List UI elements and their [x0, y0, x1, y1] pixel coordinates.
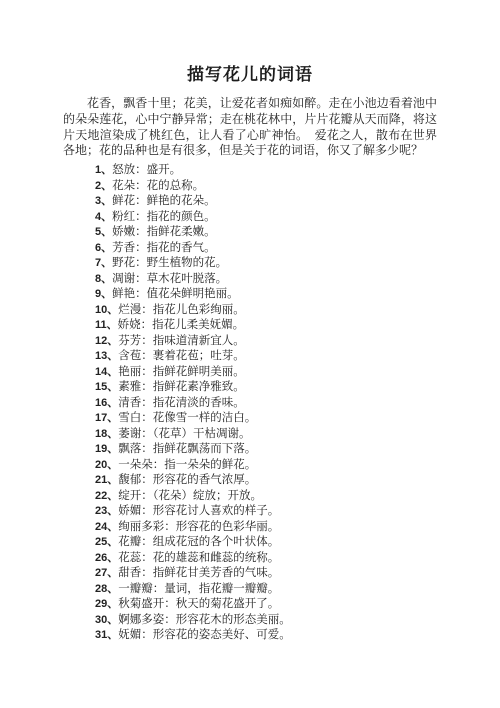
item-text: 烂漫：指花儿色彩绚丽。 — [118, 304, 245, 316]
document-page: 描写花儿的词语 花香，飘香十里；花美，让爱花者如痴如醉。走在小池边看着池中的朵朵… — [0, 0, 500, 708]
list-item: 12、芬芳：指味道清新宜人。 — [95, 334, 440, 350]
item-text: 娇媚：形容花讨人喜欢的样子。 — [118, 505, 279, 517]
list-item: 17、雪白：花像雪一样的洁白。 — [95, 411, 440, 427]
list-item: 18、萎谢：（花草）干枯凋谢。 — [95, 427, 440, 443]
item-number: 9、 — [95, 288, 112, 300]
item-text: 怒放：盛开。 — [112, 164, 181, 176]
list-item: 5、娇嫩：指鲜花柔嫩。 — [95, 225, 440, 241]
list-item: 21、馥郁：形容花的香气浓厚。 — [95, 473, 440, 489]
list-item: 19、飘落：指鲜花飘荡而下落。 — [95, 442, 440, 458]
list-item: 2、花朵：花的总称。 — [95, 179, 440, 195]
list-item: 26、花蕊：花的雄蕊和雌蕊的统称。 — [95, 551, 440, 567]
item-number: 12、 — [95, 335, 118, 347]
item-text: 花蕊：花的雄蕊和雌蕊的统称。 — [118, 552, 279, 564]
item-text: 含苞：裹着花苞；吐芽。 — [118, 350, 245, 362]
list-item: 23、娇媚：形容花讨人喜欢的样子。 — [95, 504, 440, 520]
item-number: 7、 — [95, 257, 112, 269]
item-text: 鲜艳：值花朵鲜明艳丽。 — [112, 288, 239, 300]
item-number: 15、 — [95, 381, 118, 393]
list-item: 1、怒放：盛开。 — [95, 163, 440, 179]
item-text: 花朵：花的总称。 — [112, 180, 204, 192]
item-number: 23、 — [95, 505, 118, 517]
item-number: 16、 — [95, 397, 118, 409]
item-text: 飘落：指鲜花飘荡而下落。 — [118, 443, 256, 455]
list-item: 31、妩媚：形容花的姿态美好、可爱。 — [95, 628, 440, 644]
item-number: 1、 — [95, 164, 112, 176]
item-number: 30、 — [95, 614, 118, 626]
item-text: 妩媚：形容花的姿态美好、可爱。 — [118, 629, 291, 641]
item-text: 婀娜多姿：形容花木的形态美丽。 — [118, 614, 291, 626]
item-number: 24、 — [95, 521, 118, 533]
item-text: 芬芳：指味道清新宜人。 — [118, 335, 245, 347]
item-number: 19、 — [95, 443, 118, 455]
item-number: 20、 — [95, 459, 118, 471]
item-text: 绚丽多彩：形容花的色彩华丽。 — [118, 521, 279, 533]
item-number: 18、 — [95, 428, 118, 440]
list-item: 15、素雅：指鲜花素净雅致。 — [95, 380, 440, 396]
item-text: 清香：指花清淡的香味。 — [118, 397, 245, 409]
item-number: 31、 — [95, 629, 118, 641]
item-text: 粉红：指花的颜色。 — [112, 211, 216, 223]
item-text: 雪白：花像雪一样的洁白。 — [118, 412, 256, 424]
list-item: 3、鲜花：鲜艳的花朵。 — [95, 194, 440, 210]
item-number: 4、 — [95, 211, 112, 223]
list-item: 8、凋谢：草木花叶脱落。 — [95, 272, 440, 288]
intro-paragraph: 花香，飘香十里；花美，让爱花者如痴如醉。走在小池边看着池中的朵朵莲花，心中宁静异… — [63, 96, 437, 159]
item-number: 8、 — [95, 273, 112, 285]
item-text: 秋菊盛开：秋天的菊花盛开了。 — [118, 598, 279, 610]
list-item: 13、含苞：裹着花苞；吐芽。 — [95, 349, 440, 365]
item-number: 27、 — [95, 567, 118, 579]
item-number: 25、 — [95, 536, 118, 548]
item-text: 芳香：指花的香气。 — [112, 242, 216, 254]
list-item: 10、烂漫：指花儿色彩绚丽。 — [95, 303, 440, 319]
item-number: 29、 — [95, 598, 118, 610]
item-text: 娇嫩：指鲜花柔嫩。 — [112, 226, 216, 238]
list-item: 16、清香：指花清淡的香味。 — [95, 396, 440, 412]
item-text: 娇娆：指花儿柔美妩媚。 — [118, 319, 245, 331]
item-text: 花瓣：组成花冠的各个叶状体。 — [118, 536, 279, 548]
item-text: 凋谢：草木花叶脱落。 — [112, 273, 227, 285]
list-item: 7、野花：野生植物的花。 — [95, 256, 440, 272]
list-item: 9、鲜艳：值花朵鲜明艳丽。 — [95, 287, 440, 303]
item-text: 一朵朵：指一朵朵的鲜花。 — [118, 459, 256, 471]
item-text: 一瓣瓣：量词，指花瓣一瓣瓣。 — [118, 583, 279, 595]
item-text: 萎谢：（花草）干枯凋谢。 — [118, 428, 250, 440]
item-text: 野花：野生植物的花。 — [112, 257, 227, 269]
item-number: 14、 — [95, 366, 118, 378]
item-number: 21、 — [95, 474, 118, 486]
item-text: 甜香：指鲜花甘美芳香的气味。 — [118, 567, 279, 579]
list-item: 4、粉红：指花的颜色。 — [95, 210, 440, 226]
item-number: 10、 — [95, 304, 118, 316]
list-item: 11、娇娆：指花儿柔美妩媚。 — [95, 318, 440, 334]
item-number: 3、 — [95, 195, 112, 207]
item-text: 鲜花：鲜艳的花朵。 — [112, 195, 216, 207]
item-number: 5、 — [95, 226, 112, 238]
word-list: 1、怒放：盛开。2、花朵：花的总称。3、鲜花：鲜艳的花朵。4、粉红：指花的颜色。… — [95, 163, 440, 644]
list-item: 20、一朵朵：指一朵朵的鲜花。 — [95, 458, 440, 474]
item-text: 素雅：指鲜花素净雅致。 — [118, 381, 245, 393]
item-text: 绽开：（花朵）绽放；开放。 — [118, 490, 262, 502]
list-item: 29、秋菊盛开：秋天的菊花盛开了。 — [95, 597, 440, 613]
item-number: 2、 — [95, 180, 112, 192]
list-item: 6、芳香：指花的香气。 — [95, 241, 440, 257]
page-title: 描写花儿的词语 — [0, 0, 500, 87]
list-item: 27、甜香：指鲜花甘美芳香的气味。 — [95, 566, 440, 582]
item-text: 馥郁：形容花的香气浓厚。 — [118, 474, 256, 486]
item-number: 6、 — [95, 242, 112, 254]
item-number: 11、 — [95, 319, 118, 331]
list-item: 14、艳丽：指鲜花鲜明美丽。 — [95, 365, 440, 381]
list-item: 25、花瓣：组成花冠的各个叶状体。 — [95, 535, 440, 551]
item-number: 17、 — [95, 412, 118, 424]
item-number: 28、 — [95, 583, 118, 595]
list-item: 24、绚丽多彩：形容花的色彩华丽。 — [95, 520, 440, 536]
item-number: 22、 — [95, 490, 118, 502]
item-number: 26、 — [95, 552, 118, 564]
list-item: 30、婀娜多姿：形容花木的形态美丽。 — [95, 613, 440, 629]
item-number: 13、 — [95, 350, 118, 362]
item-text: 艳丽：指鲜花鲜明美丽。 — [118, 366, 245, 378]
list-item: 22、绽开：（花朵）绽放；开放。 — [95, 489, 440, 505]
list-item: 28、一瓣瓣：量词，指花瓣一瓣瓣。 — [95, 582, 440, 598]
